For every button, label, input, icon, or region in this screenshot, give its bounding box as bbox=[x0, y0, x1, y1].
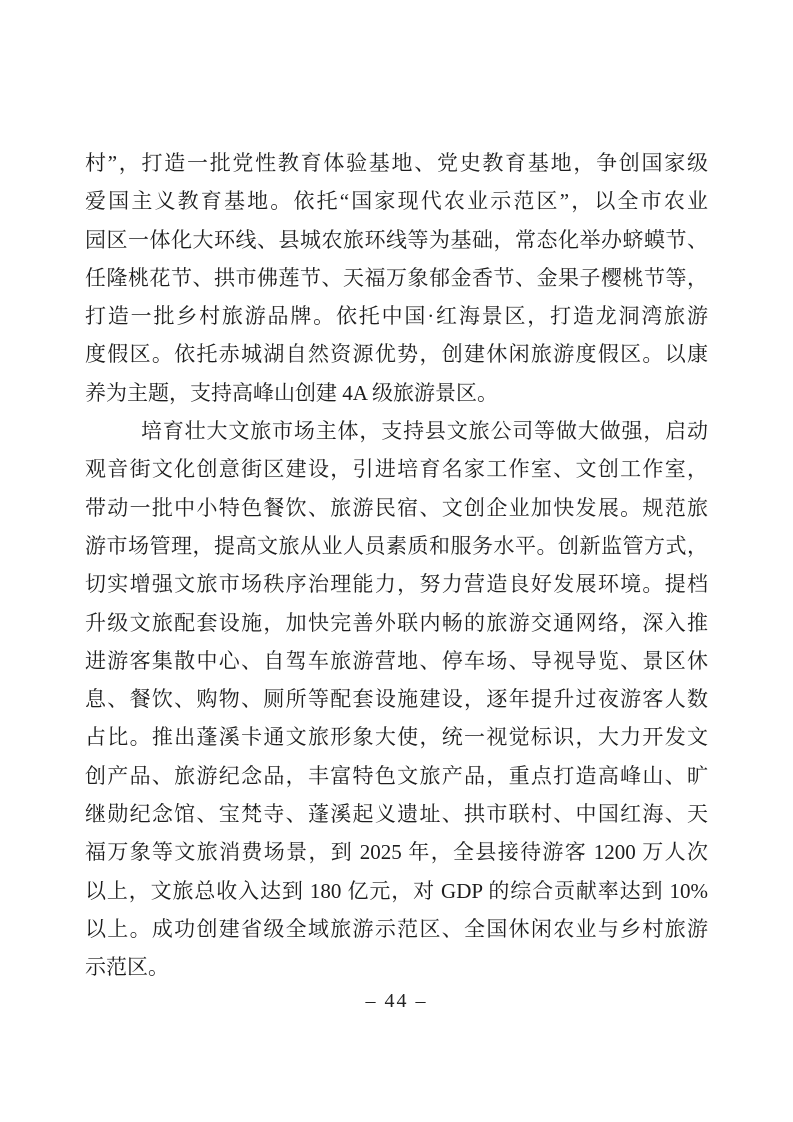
text-line: 切实增强文旅市场秩序治理能力，努力营造良好发展环境。提档 bbox=[85, 565, 708, 603]
text-line: 创产品、旅游纪念品，丰富特色文旅产品，重点打造高峰山、旷 bbox=[85, 757, 708, 795]
text-line: 占比。推出蓬溪卡通文旅形象大使，统一视觉标识，大力开发文 bbox=[85, 718, 708, 756]
text-line: 继勋纪念馆、宝梵寺、蓬溪起义遗址、拱市联村、中国红海、天 bbox=[85, 795, 708, 833]
document-page: 村”，打造一批党性教育体验基地、党史教育基地，争创国家级 爱国主义教育基地。依托… bbox=[0, 0, 793, 1122]
body-text: 村”，打造一批党性教育体验基地、党史教育基地，争创国家级 爱国主义教育基地。依托… bbox=[85, 144, 708, 987]
text-line: 进游客集散中心、自驾车旅游营地、停车场、导视导览、景区休 bbox=[85, 642, 708, 680]
text-line: 带动一批中小特色餐饮、旅游民宿、文创企业加快发展。规范旅 bbox=[85, 489, 708, 527]
paragraph-1: 村”，打造一批党性教育体验基地、党史教育基地，争创国家级 爱国主义教育基地。依托… bbox=[85, 144, 708, 412]
text-line: 福万象等文旅消费场景，到 2025 年，全县接待游客 1200 万人次 bbox=[85, 833, 708, 871]
text-line: 以上，文旅总收入达到 180 亿元，对 GDP 的综合贡献率达到 10% bbox=[85, 872, 708, 910]
text-line: 息、餐饮、购物、厕所等配套设施建设，逐年提升过夜游客人数 bbox=[85, 680, 708, 718]
text-line: 度假区。依托赤城湖自然资源优势，创建休闲旅游度假区。以康 bbox=[85, 335, 708, 373]
text-line: 游市场管理，提高文旅从业人员素质和服务水平。创新监管方式， bbox=[85, 527, 708, 565]
paragraph-2: 培育壮大文旅市场主体，支持县文旅公司等做大做强，启动 观音街文化创意街区建设，引… bbox=[85, 412, 708, 986]
text-line: 示范区。 bbox=[85, 948, 708, 986]
text-line: 村”，打造一批党性教育体验基地、党史教育基地，争创国家级 bbox=[85, 144, 708, 182]
text-line: 养为主题，支持高峰山创建 4A 级旅游景区。 bbox=[85, 374, 708, 412]
text-line: 以上。成功创建省级全域旅游示范区、全国休闲农业与乡村旅游 bbox=[85, 910, 708, 948]
page-number: – 44 – bbox=[0, 988, 793, 1014]
text-line: 升级文旅配套设施，加快完善外联内畅的旅游交通网络，深入推 bbox=[85, 604, 708, 642]
text-line: 任隆桃花节、拱市佛莲节、天福万象郁金香节、金果子樱桃节等， bbox=[85, 259, 708, 297]
text-line: 打造一批乡村旅游品牌。依托中国·红海景区，打造龙洞湾旅游 bbox=[85, 297, 708, 335]
text-line: 培育壮大文旅市场主体，支持县文旅公司等做大做强，启动 bbox=[85, 412, 708, 450]
text-line: 爱国主义教育基地。依托“国家现代农业示范区”，以全市农业 bbox=[85, 182, 708, 220]
text-line: 园区一体化大环线、县城农旅环线等为基础，常态化举办蛴蟆节、 bbox=[85, 221, 708, 259]
text-line: 观音街文化创意街区建设，引进培育名家工作室、文创工作室， bbox=[85, 450, 708, 488]
